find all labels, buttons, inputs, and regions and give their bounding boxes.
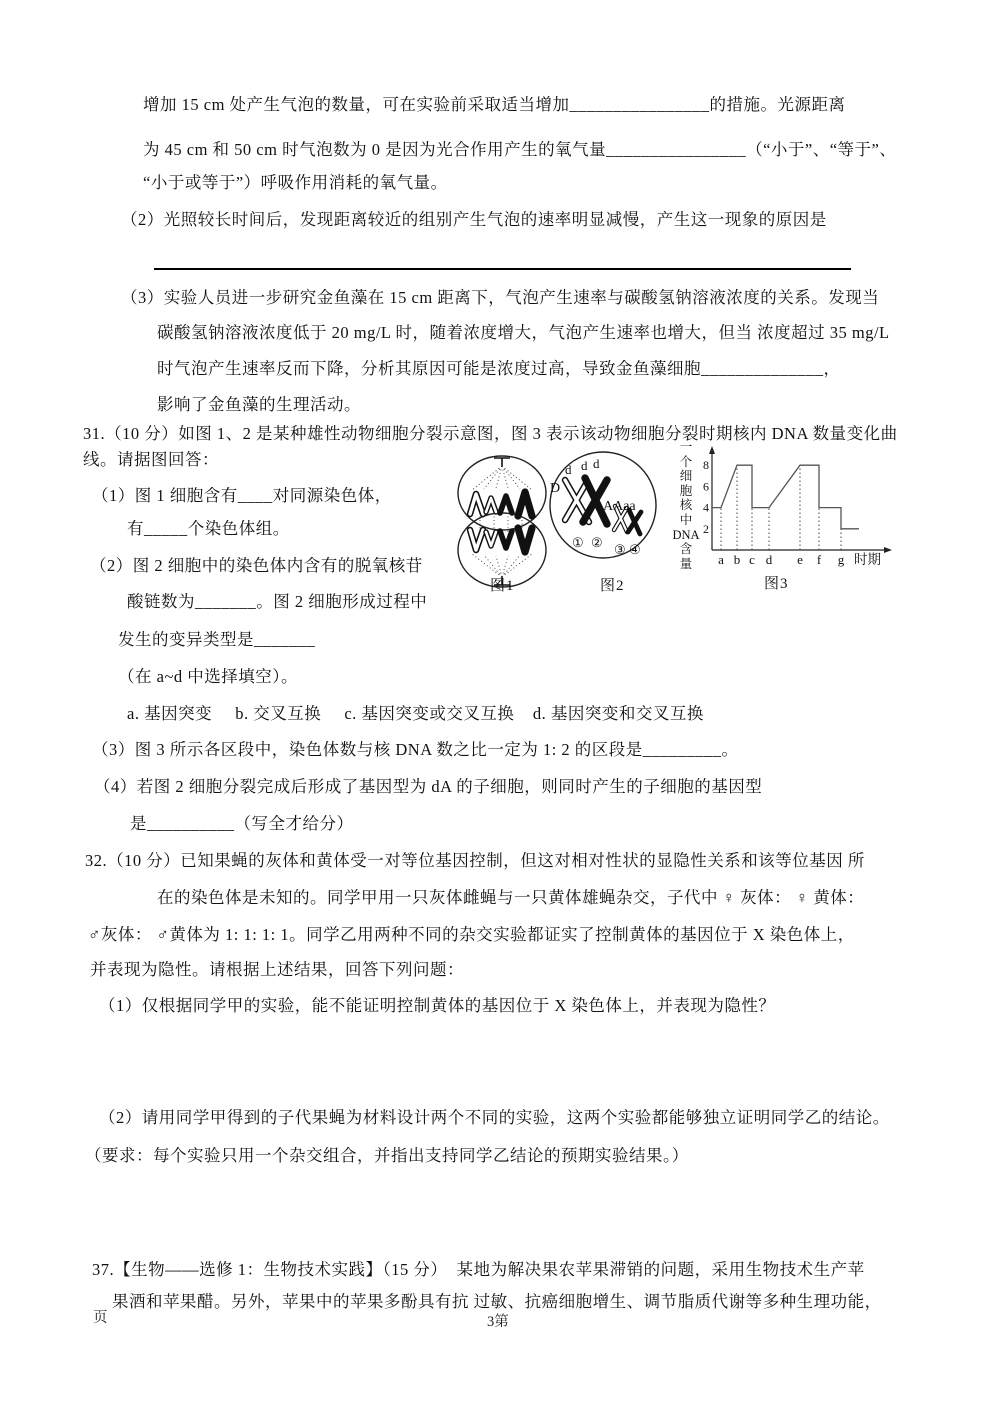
text-line: 32.（10 分）已知果蝇的灰体和黄体受一对等位基因控制，但这对相对性状的显隐性… bbox=[85, 851, 865, 871]
y-axis-label-char: 量 bbox=[671, 557, 701, 572]
text-line: （2）请用同学甲得到的子代果蝇为材料设计两个不同的实验，这两个实验都能够独立证明… bbox=[99, 1108, 890, 1128]
text-line: 影响了金鱼藻的生理活动。 bbox=[157, 395, 361, 415]
allele-label-D: D bbox=[550, 481, 560, 496]
allele-label-d3: d bbox=[593, 456, 600, 471]
y-tick-label: 6 bbox=[703, 479, 709, 493]
answer-blank-line bbox=[154, 268, 851, 270]
text-line: 碳酸氢钠溶液浓度低于 20 mg/L 时，随着浓度增大，气泡产生速率也增大，但当… bbox=[157, 323, 890, 343]
y-axis-label-char: 中 bbox=[671, 513, 701, 528]
figure-2-caption: 图2 bbox=[600, 574, 625, 595]
text-line: （要求：每个实验只用一个杂交组合，并指出支持同学乙结论的预期实验结果。） bbox=[85, 1146, 689, 1166]
footer-page-number: 3第 bbox=[487, 1310, 509, 1331]
text-line: 果酒和苹果醋。另外，苹果中的苹果多酚具有抗 过敏、抗癌细胞增生、调节脂质代谢等多… bbox=[112, 1292, 882, 1312]
y-axis-arrow-icon bbox=[709, 446, 715, 454]
text-line: （2）图 2 细胞中的染色体内含有的脱氧核苷 bbox=[90, 556, 423, 576]
y-tick-label: 4 bbox=[703, 501, 709, 515]
allele-label-AAaa: AAaa bbox=[603, 499, 636, 514]
y-axis-label-char: DNA bbox=[671, 528, 701, 543]
y-axis-label-char: 核 bbox=[671, 498, 701, 513]
text-line: 有_____个染色体组。 bbox=[127, 519, 290, 539]
chart-y-axis-label: 一个细胞核中DNA含量 bbox=[671, 440, 701, 571]
x-tick-label: b bbox=[734, 552, 741, 567]
text-line: 时气泡产生速率反而下降，分析其原因可能是浓度过高，导致金鱼藻细胞________… bbox=[157, 359, 841, 379]
x-tick-label: g bbox=[838, 552, 845, 567]
x-tick-label: c bbox=[749, 552, 755, 567]
chromosome-number-4: ④ bbox=[629, 542, 641, 557]
text-line: （3）图 3 所示各区段中，染色体数与核 DNA 数之比一定为 1: 2 的区段… bbox=[92, 740, 739, 760]
chromosomes-bottom-row bbox=[470, 528, 532, 552]
y-axis-label-char: 含 bbox=[671, 542, 701, 557]
text-line: （2）光照较长时间后，发现距离较近的组别产生气泡的速率明显减慢，产生这一现象的原… bbox=[121, 210, 827, 230]
dna-content-curve bbox=[712, 465, 859, 529]
text-line: 并表现为隐性。请根据上述结果，回答下列问题： bbox=[90, 960, 464, 980]
exam-page: { "page": { "footer_left": "页", "footer_… bbox=[0, 0, 993, 1403]
figure-3-dna-chart: 8642abcdefg时期图3 bbox=[702, 440, 937, 600]
y-tick-label: 2 bbox=[703, 522, 709, 536]
text-line: a. 基因突变 b. 交叉互换 c. 基因突变或交叉互换 d. 基因突变和交叉互… bbox=[127, 704, 704, 724]
figure-1-caption: 图1 bbox=[490, 574, 515, 595]
text-line: 发生的变异类型是_______ bbox=[118, 630, 315, 650]
figure-3-caption: 图3 bbox=[764, 575, 789, 592]
chromosome-number-3: ③ bbox=[614, 542, 626, 557]
chromosome-number-2: ② bbox=[591, 535, 603, 550]
text-line: （3）实验人员进一步研究金鱼藻在 15 cm 距离下，气泡产生速率与碳酸氢钠溶液… bbox=[121, 288, 879, 308]
y-axis-label-char: 胞 bbox=[671, 484, 701, 499]
text-line: （4）若图 2 细胞分裂完成后形成了基因型为 dA 的子细胞，则同时产生的子细胞… bbox=[94, 777, 762, 797]
x-tick-label: e bbox=[797, 552, 803, 567]
text-line: 37.【生物——选修 1：生物技术实践】（15 分） 某地为解决果农苹果滞销的问… bbox=[92, 1260, 865, 1280]
text-line: ♂灰体： ♂黄体为 1: 1: 1: 1。同学乙用两种不同的杂交实验都证实了控制… bbox=[88, 925, 855, 945]
text-line: （在 a~d 中选择填空）。 bbox=[118, 667, 298, 687]
text-line: 是__________（写全才给分） bbox=[130, 814, 354, 834]
y-tick-label: 8 bbox=[703, 458, 709, 472]
text-line: 为 45 cm 和 50 cm 时气泡数为 0 是因为光合作用产生的氧气量___… bbox=[143, 140, 896, 160]
text-line: 酸链数为_______。图 2 细胞形成过程中 bbox=[127, 592, 427, 612]
text-line: “小于或等于”）呼吸作用消耗的氧气量。 bbox=[143, 173, 448, 193]
x-tick-label: f bbox=[817, 552, 822, 567]
text-line: 线。请据图回答： bbox=[83, 450, 219, 470]
text-line: （1）图 1 细胞含有____对同源染色体， bbox=[92, 486, 392, 506]
text-line: 在的染色体是未知的。同学甲用一只灰体雌蝇与一只黄体雄蝇杂交，子代中 ♀ 灰体： … bbox=[157, 888, 864, 908]
footer-page-char: 页 bbox=[93, 1306, 108, 1327]
y-axis-label-char: 细 bbox=[671, 469, 701, 484]
text-line: （1）仅根据同学甲的实验，能不能证明控制黄体的基因位于 X 染色体上，并表现为隐… bbox=[99, 996, 775, 1016]
x-axis-title: 时期 bbox=[854, 552, 881, 567]
allele-label-d1: d bbox=[565, 462, 572, 477]
x-axis-arrow-icon bbox=[884, 547, 892, 553]
text-line: 增加 15 cm 处产生气泡的数量，可在实验前采取适当增加___________… bbox=[143, 95, 846, 115]
allele-label-d2: d bbox=[581, 458, 588, 473]
chromosome-number-1: ① bbox=[572, 535, 584, 550]
y-axis-label-char: 一 bbox=[671, 440, 701, 455]
x-tick-label: d bbox=[766, 552, 773, 567]
y-axis-label-char: 个 bbox=[671, 455, 701, 470]
x-tick-label: a bbox=[718, 552, 724, 567]
